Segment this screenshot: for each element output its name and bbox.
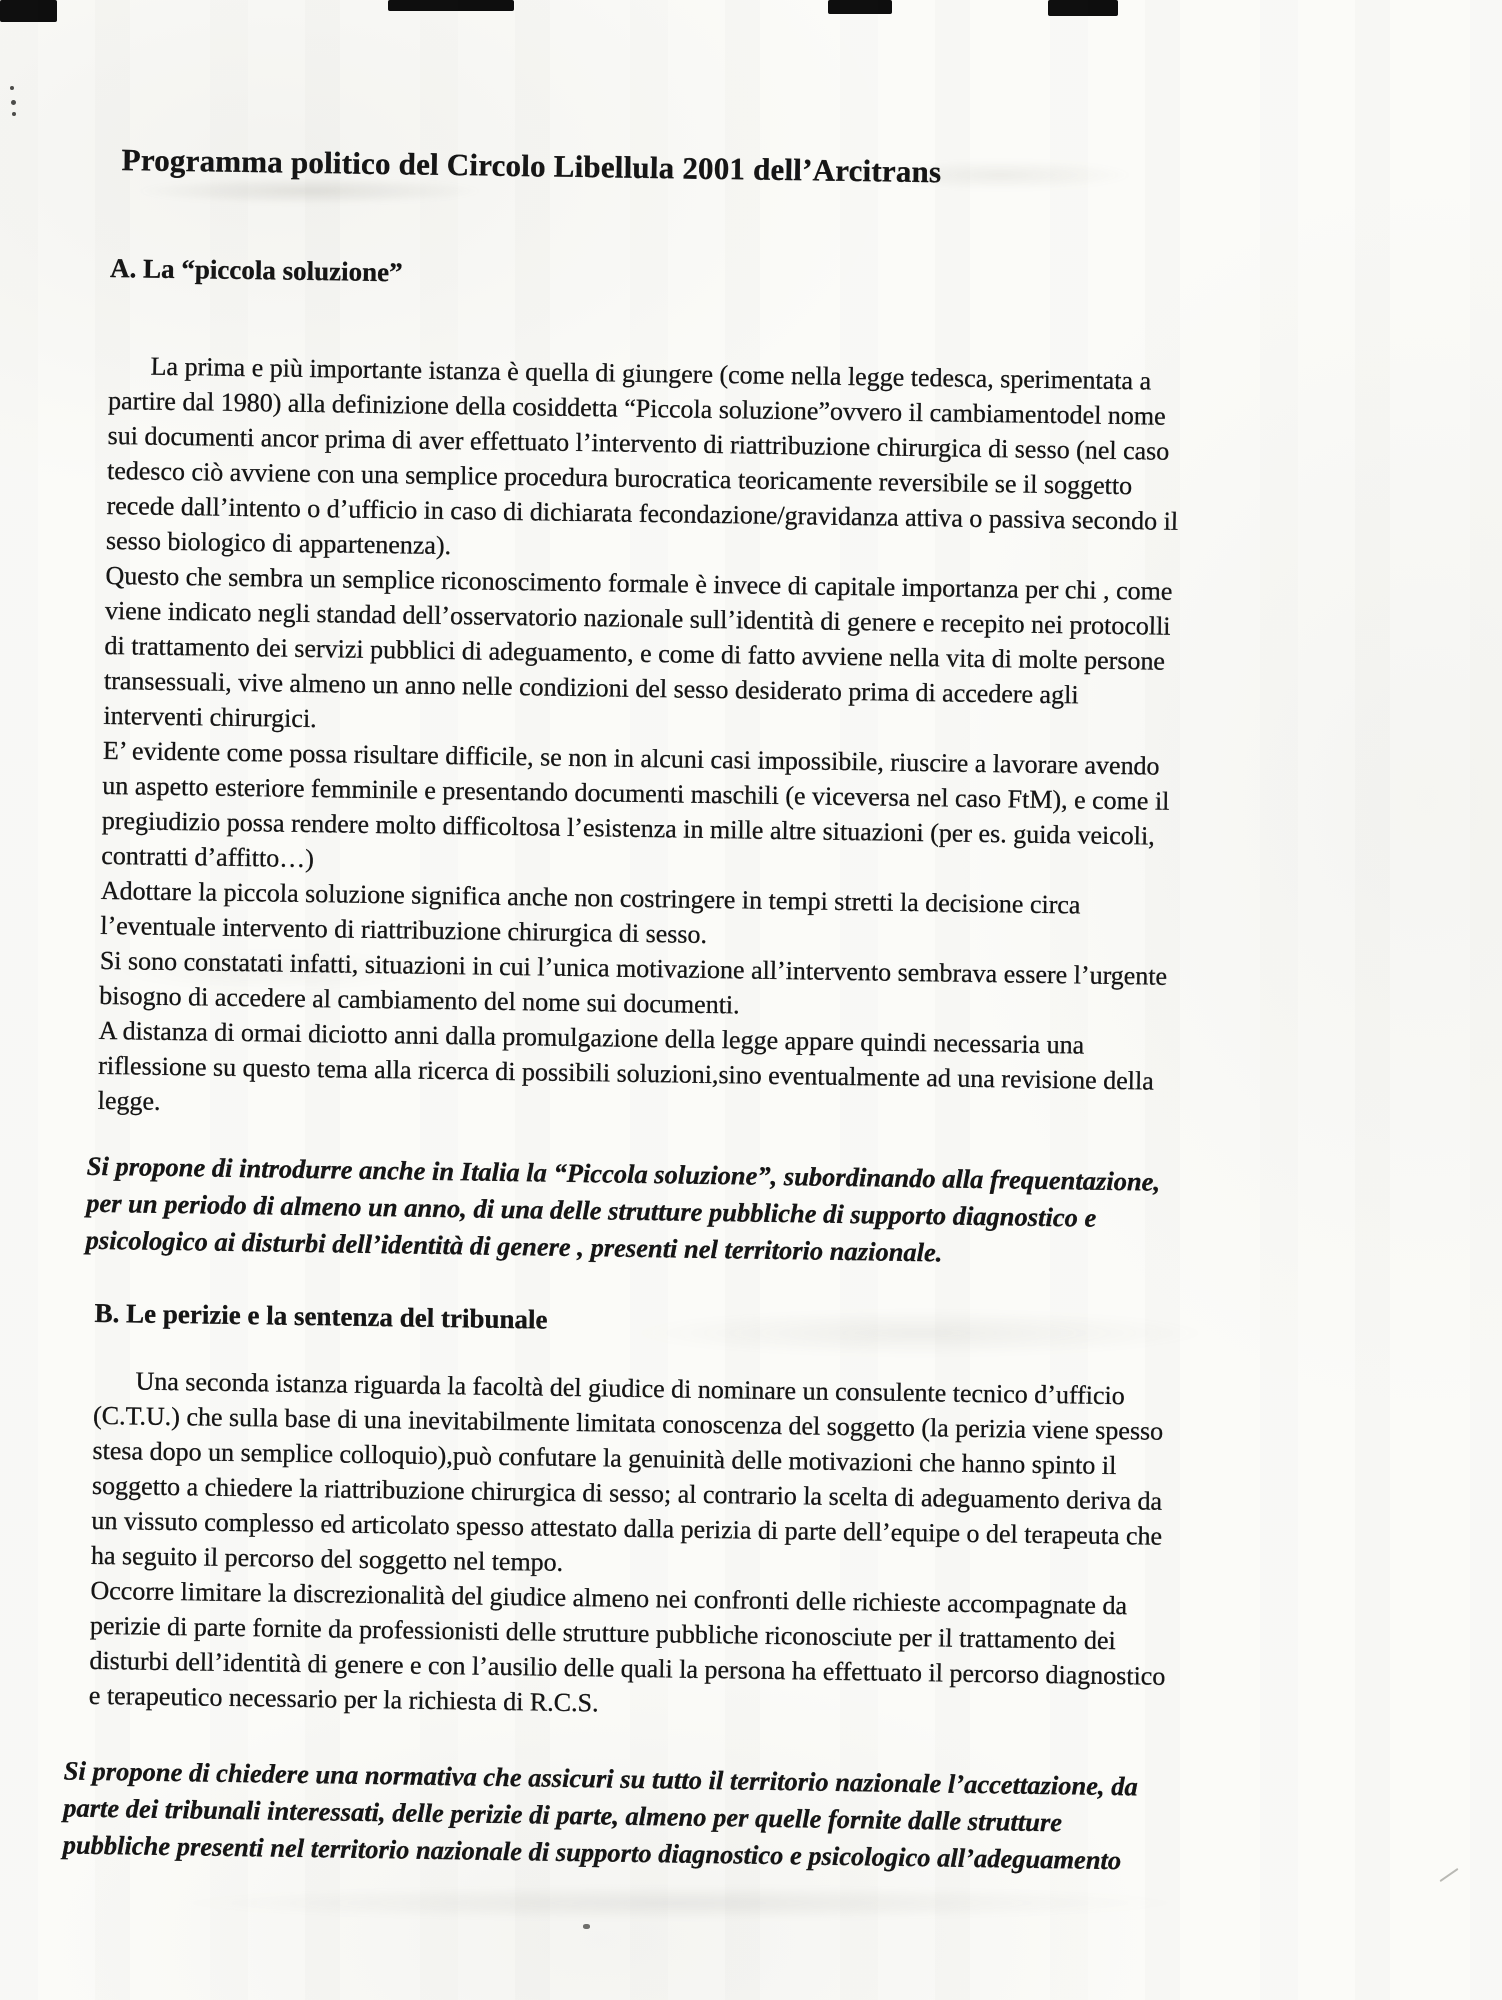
scan-artifact (0, 0, 57, 22)
scan-artifact (388, 0, 514, 11)
paragraph-a3: E’ evidente come possa risultare diffici… (101, 733, 1443, 893)
scan-speck (11, 100, 16, 105)
paragraph-a6: A distanza di ormai diciotto anni dalla … (97, 1013, 1438, 1138)
paragraph-b1: Una seconda istanza riguarda la facoltà … (91, 1363, 1434, 1593)
bleed-through-ghost (190, 1886, 1170, 1920)
scan-speck (12, 112, 16, 116)
document-page: Programma politico del Circolo Libellula… (0, 0, 1502, 2000)
document-title: Programma politico del Circolo Libellula… (121, 140, 1451, 200)
scan-speck (1439, 1868, 1458, 1882)
document-content: Programma politico del Circolo Libellula… (86, 140, 1451, 1884)
scan-artifact (828, 0, 892, 14)
proposal-a: Si propone di introdurre anche in Italia… (85, 1148, 1436, 1279)
paragraph-a2: Questo che sembra un semplice riconoscim… (103, 558, 1445, 753)
scan-artifact (1048, 0, 1118, 16)
section-a-heading: A. La “piccola soluzione” (110, 250, 1450, 306)
paragraph-b2: Occorre limitare la discrezionalità del … (89, 1573, 1431, 1733)
section-b-heading: B. Le perizie e la sentenza del tribunal… (94, 1295, 1434, 1351)
scan-speck (10, 86, 14, 90)
scan-speck (583, 1924, 590, 1929)
paragraph-a1: La prima e più importante istanza è quel… (106, 348, 1449, 578)
proposal-b: Si propone di chiedere una normativa che… (62, 1752, 1427, 1883)
